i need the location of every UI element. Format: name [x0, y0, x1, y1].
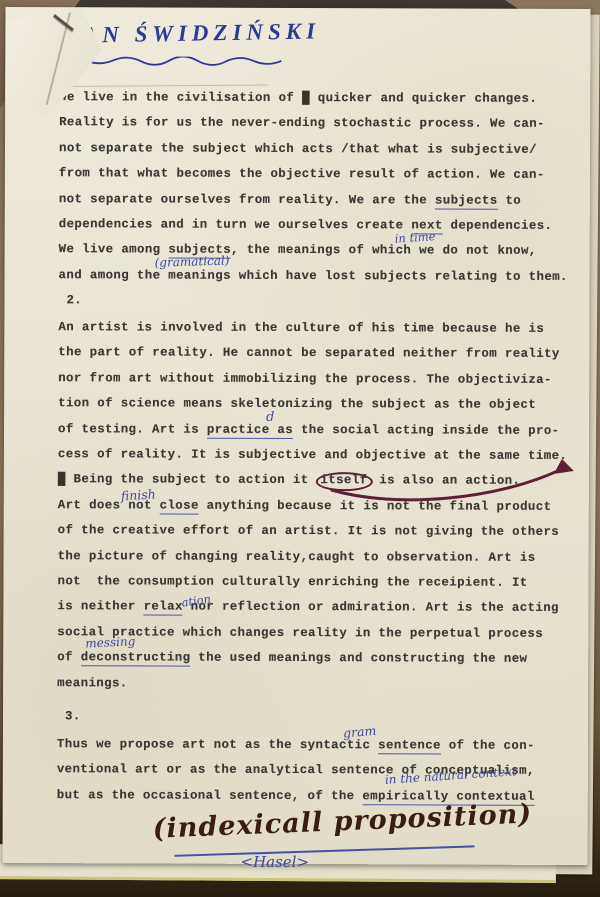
- typed-line: of the creative effort of an artist. It …: [58, 523, 560, 539]
- typed-line: is neither relax nor reflection or admir…: [57, 599, 559, 615]
- handwritten-author-title: JAN ŚWIDZIŃSKI: [65, 18, 320, 48]
- annotation-in-time: in time: [394, 229, 436, 246]
- ink-inserted-comma: ,: [292, 789, 300, 803]
- typed-line: dependencies and in turn we ourselves cr…: [59, 217, 553, 233]
- typed-line: meanings.: [57, 676, 128, 690]
- ink-underlined-word: sentence: [378, 738, 441, 754]
- typed-line: the picture of changing reality,caught t…: [58, 549, 536, 565]
- typed-line: Reality is for us the never-ending stoch…: [59, 115, 545, 131]
- section-header-2: 2.: [66, 293, 82, 307]
- text-segment: of the con-: [441, 739, 535, 753]
- text-segment: of: [57, 650, 81, 664]
- overtyped-character: █: [302, 91, 310, 105]
- text-segment: of the: [300, 789, 363, 803]
- typed-line: Thus we propose art not as the syntactic…: [57, 737, 535, 753]
- annotation-messing: messing: [85, 634, 136, 650]
- text-segment: but as the occasional sentence: [57, 788, 292, 803]
- ink-underlined-word: close: [160, 499, 199, 515]
- annotation-gram: gram: [342, 723, 376, 741]
- text-segment: is neither: [57, 599, 143, 613]
- section-header-3: 3.: [65, 709, 81, 723]
- typed-line: tion of science means skeletonizing the …: [58, 396, 536, 412]
- overtyped-character: █: [58, 472, 66, 486]
- text-segment: to: [498, 194, 522, 208]
- text-segment: dependencies and in turn we ourselves cr…: [59, 217, 412, 232]
- typed-line: of deconstructing the used meanings and …: [57, 650, 527, 666]
- proposition-underline: [175, 845, 475, 856]
- typed-line: of testing. Art is practice as the socia…: [58, 422, 560, 438]
- typed-line: An artist is involved in the culture of …: [58, 320, 544, 336]
- typed-line: the part of reality. He cannot be separa…: [58, 345, 560, 361]
- typed-line: not the consumption culturally enriching…: [57, 574, 527, 590]
- text-segment: quicker and quicker changes.: [310, 91, 537, 106]
- ink-underlined-word: practice as: [207, 423, 293, 439]
- text-segment: Being the subject to action it: [66, 472, 317, 487]
- ink-underlined-word: relax: [144, 599, 183, 615]
- typed-line: We live among subjects, the meanings of …: [59, 242, 537, 258]
- annotation-handwritten-d: d: [266, 410, 274, 425]
- ink-underlined-word: deconstructing: [81, 650, 191, 666]
- ink-underlined-word: subjects: [435, 193, 498, 209]
- typed-line: nor from art without immobilizing the pr…: [58, 371, 552, 387]
- typed-line: from that what becomes the objective res…: [59, 166, 545, 182]
- text-segment: the used meanings and constructing the n…: [190, 651, 527, 666]
- text-segment: Thus we propose art not as the syntactic: [57, 737, 378, 752]
- text-segment: We live among: [59, 242, 169, 256]
- text-segment: We live in the civilisation of: [59, 90, 302, 105]
- paper-sheet: JAN ŚWIDZIŃSKI I. We live in the civilis…: [3, 7, 591, 865]
- typed-line: not separate the subject which acts /tha…: [59, 141, 537, 157]
- typed-line: and among the meanings which have lost s…: [59, 268, 568, 284]
- text-segment: dependencies.: [443, 219, 553, 233]
- text-segment: not separate ourselves from reality. We …: [59, 192, 435, 207]
- annotation-hasel: <Hasel>: [240, 853, 309, 871]
- handwritten-indexicall-proposition: (indexicall proposition): [152, 799, 532, 845]
- ink-arrow: [326, 456, 581, 514]
- typed-line: We live in the civilisation of █ quicker…: [59, 90, 537, 106]
- photo-of-document: JAN ŚWIDZIŃSKI I. We live in the civilis…: [0, 0, 600, 897]
- text-segment: nor reflection or admiration. Art is the…: [183, 600, 559, 615]
- typed-line: not separate ourselves from reality. We …: [59, 192, 521, 208]
- text-segment: of testing. Art is: [58, 422, 207, 437]
- text-segment: , the meanings of which we do not know,: [231, 243, 537, 258]
- annotation-finish: finish: [120, 486, 156, 503]
- annotation-gramatical: (gramatical): [154, 253, 229, 269]
- text-segment: the social acting inside the pro-: [293, 423, 559, 438]
